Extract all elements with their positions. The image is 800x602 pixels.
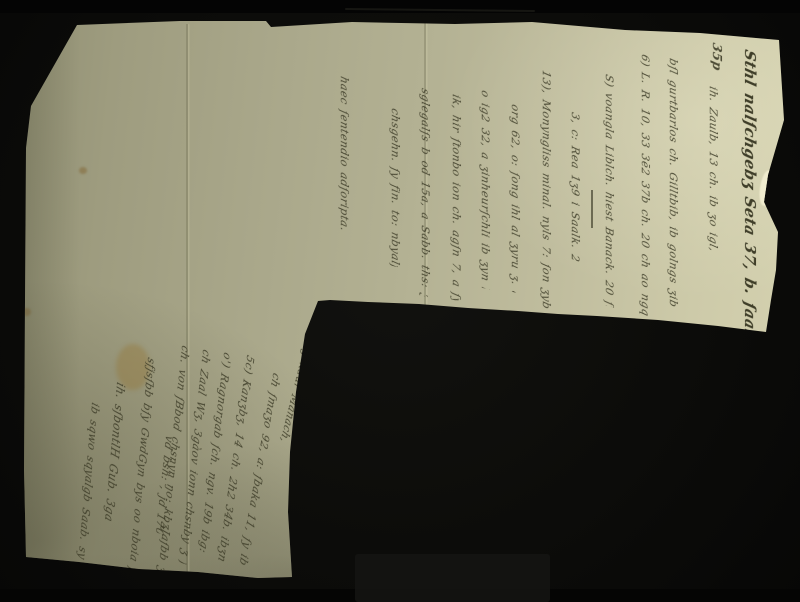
scan-background: 35p Sthl nalſchgebʒ Seta 37, b. ſaab. 99… [0, 0, 800, 602]
paper-shading [0, 0, 800, 602]
handwritten-line: ih. Zaulb, 13 ch. ib ʒo igl, id 19. b. [703, 84, 719, 253]
handwritten-line: 3, c: Rea 1ʒ9 i Saalk. 20, [565, 110, 581, 262]
handwritten-line: o ig2 32, a ʒinheurſchli ib ʒyn ho 2 [475, 88, 491, 290]
handwritten-line: 23ğ ndür Manach, 33, a ſo [274, 333, 315, 449]
manuscript-page: 35p Sthl nalſchgebʒ Seta 37, b. ſaab. 99… [0, 0, 800, 602]
handwritten-line: ib sqwo sqyalgb Saab. sy [70, 400, 101, 577]
handwritten-line: 13), Monyngliss minal. nyls 7: ſon ʒyb o… [536, 68, 552, 310]
scanner-mat-top-edge [0, 0, 800, 13]
handwritten-line: ik, hir ſtonbo ion ch. agſn 7, a ſyo [446, 92, 462, 302]
handwritten-line: org 62, o: ſong ihl al ʒyru ʒ. a [505, 102, 521, 294]
handwritten-line: bſl gurtbarlos ch. Gilltbib, ib golngs ʒ… [663, 56, 679, 312]
handwritten-line: S) voangla Liblch. hiest Banack. 20 ſi [599, 72, 615, 308]
handwritten-line: haec ſentendio adſoripta. — [334, 74, 350, 238]
underline-stroke [591, 190, 593, 228]
handwritten-line: ih. sſbontlH Gub. 3ga [99, 379, 127, 522]
mat-shadow-patch [355, 554, 550, 602]
folio-number: 35p [706, 40, 724, 87]
handwritten-line: 6) L. R. 10, 33 3ē2 37b ch. 20 ch ao ngq… [635, 52, 651, 318]
handwritten-line: Sthl nalſchgebʒ Seta 37, b. ſaab. 99b [736, 47, 758, 337]
paper-spot [79, 167, 87, 174]
paper-spot [22, 308, 31, 316]
handwritten-line: chsgehn. ſy fin. to: nbyalſco: [385, 106, 401, 268]
handwritten-line: sglegalſs b od 15a, a Sabb. ths: ʒn ib [415, 86, 431, 298]
torn-edge-highlight [758, 169, 775, 206]
